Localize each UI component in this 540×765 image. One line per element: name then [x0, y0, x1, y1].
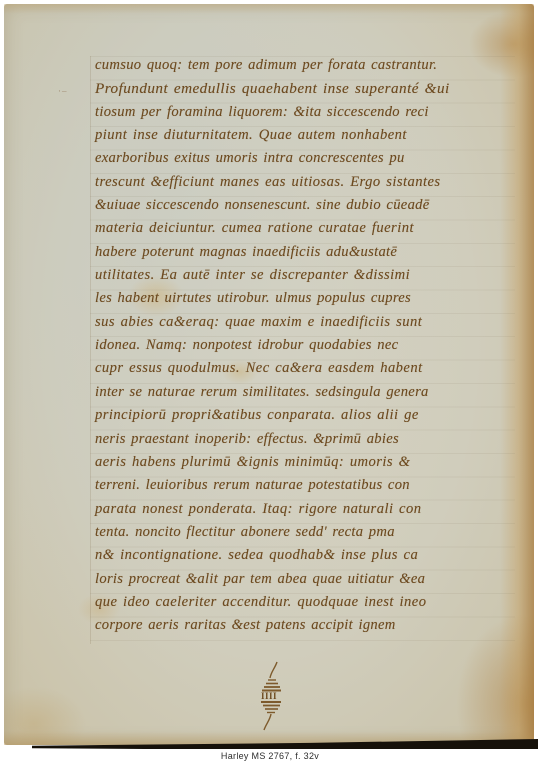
manuscript-line: &uiuae siccescendo nonsenescunt. sine du… — [95, 194, 515, 217]
manuscript-line: les habent uirtutes utirobur. ulmus popu… — [95, 287, 515, 310]
manuscript-line: corpore aeris raritas &est patens accipi… — [95, 614, 515, 637]
parchment-edge-top — [4, 4, 534, 14]
manuscript-line: inter se naturae rerum similitates. seds… — [95, 381, 515, 404]
manuscript-line: cupr essus quodulmus. Nec ca&era easdem … — [95, 357, 515, 380]
manuscript-line: sus abies ca&eraq: quae maxim e inaedifi… — [95, 311, 515, 334]
manuscript-line: piunt inse diuturnitatem. Quae autem non… — [95, 124, 515, 147]
manuscript-line: neris praestant inoperib: effectus. &pri… — [95, 428, 515, 451]
manuscript-line: cumsuo quoq: tem pore adimum per forata … — [95, 54, 515, 77]
manuscript-photo: ·– cumsuo quoq: tem pore adimum per fora… — [0, 0, 540, 765]
manuscript-line: aeris habens plurimū &ignis minimūq: umo… — [95, 451, 515, 474]
manuscript-line: materia deiciuntur. cumea ratione curata… — [95, 217, 515, 240]
manuscript-line: terreni. leuioribus rerum naturae potest… — [95, 474, 515, 497]
manuscript-line: loris procreat &alit par tem abea quae u… — [95, 568, 515, 591]
manuscript-line: exarboribus exitus umoris intra concresc… — [95, 147, 515, 170]
quire-mark-ornament: IIII — [250, 660, 294, 732]
quire-number: IIII — [261, 691, 277, 701]
manuscript-line: parata nonest ponderata. Itaq: rigore na… — [95, 498, 515, 521]
manuscript-line: trescunt &efficiunt manes eas uitiosas. … — [95, 171, 515, 194]
manuscript-line: principiorū propri&atibus conparata. ali… — [95, 404, 515, 427]
manuscript-line: utilitates. Ea autē inter se discrepante… — [95, 264, 515, 287]
manuscript-line: tenta. noncito flectitur abonere sedd' r… — [95, 521, 515, 544]
caption: Harley MS 2767, f. 32v — [0, 749, 540, 765]
text-block: cumsuo quoq: tem pore adimum per forata … — [95, 54, 515, 638]
manuscript-line: tiosum per foramina liquorem: &ita sicce… — [95, 101, 515, 124]
manuscript-line: Profundunt emedullis quaehabent inse sup… — [95, 77, 515, 100]
manuscript-line: habere poterunt magnas inaedificiis adu&… — [95, 241, 515, 264]
manuscript-line: que ideo caeleriter accenditur. quodquae… — [95, 591, 515, 614]
manuscript-line: n& incontignatione. sedea quodhab& inse … — [95, 544, 515, 567]
margin-mark: ·– — [58, 86, 68, 96]
manuscript-line: idonea. Namq: nonpotest idrobur quodabie… — [95, 334, 515, 357]
manuscript-page: ·– cumsuo quoq: tem pore adimum per fora… — [4, 4, 534, 745]
